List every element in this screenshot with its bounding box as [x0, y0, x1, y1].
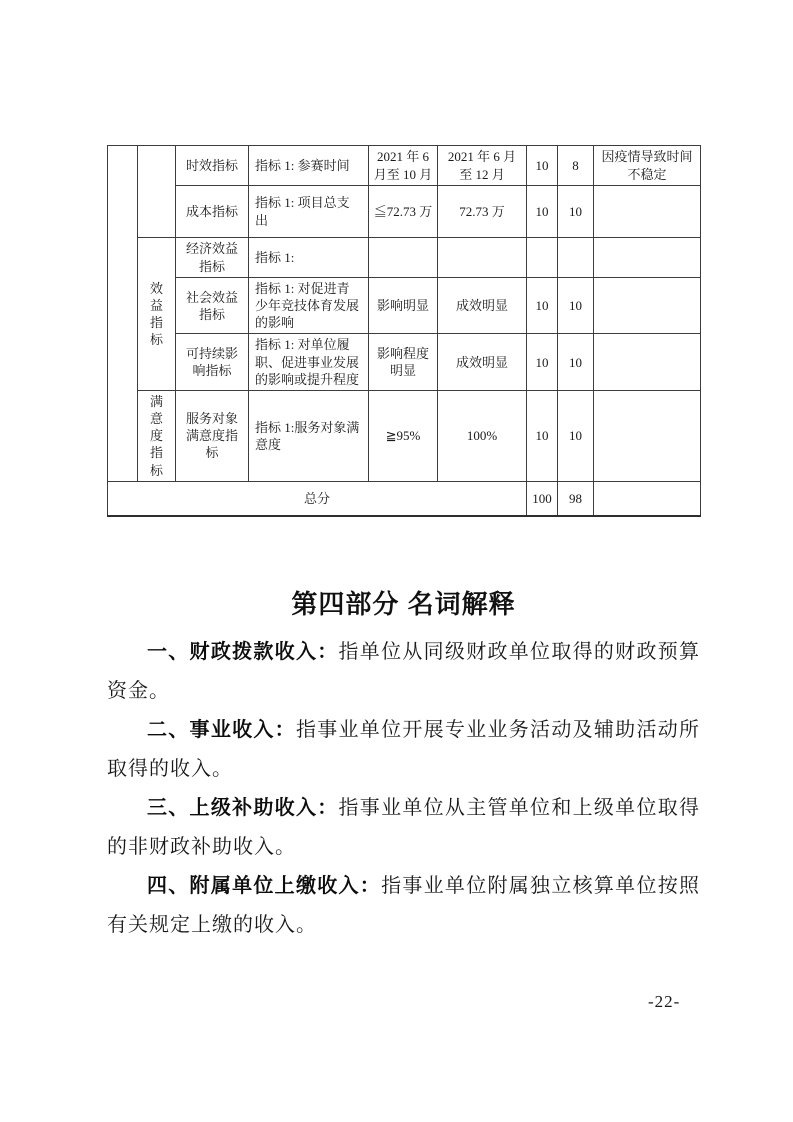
- note-cell: [594, 238, 701, 278]
- score-cell: 10: [527, 390, 558, 481]
- note-cell: [594, 278, 701, 334]
- group-spacer-cell: [138, 146, 176, 238]
- target-value-cell: [369, 238, 438, 278]
- term-label: 二、事业收入：: [147, 719, 296, 741]
- page-number: -22-: [648, 992, 680, 1012]
- total-note-cell: [594, 481, 701, 516]
- total-label-cell: 总分: [108, 481, 527, 516]
- glossary-paragraph: 三、上级补助收入：指事业单位从主管单位和上级单位取得的非财政补助收入。: [107, 789, 700, 867]
- target-value-cell: 2021 年 6 月至 10 月: [369, 146, 438, 186]
- actual-value-cell: 成效明显: [438, 334, 527, 390]
- target-value-cell: ≦72.73 万: [369, 186, 438, 238]
- indicator-cell: 指标 1: 项目总支出: [249, 186, 369, 238]
- table-row: 成本指标 指标 1: 项目总支出 ≦72.73 万 72.73 万 10 10: [108, 186, 701, 238]
- category-cell: 成本指标: [176, 186, 249, 238]
- target-value-cell: 影响程度明显: [369, 334, 438, 390]
- table-row: 满意度指标 服务对象满意度指标 指标 1:服务对象满意度 ≧95% 100% 1…: [108, 390, 701, 481]
- category-cell: 服务对象满意度指标: [176, 390, 249, 481]
- section-title: 第四部分 名词解释: [107, 588, 700, 620]
- indicator-cell: 指标 1: 参赛时间: [249, 146, 369, 186]
- total-row: 总分 100 98: [108, 481, 701, 516]
- glossary-paragraph: 一、财政拨款收入：指单位从同级财政单位取得的财政预算资金。: [107, 633, 700, 711]
- term-label: 三、上级补助收入：: [147, 797, 339, 819]
- actual-value-cell: 成效明显: [438, 278, 527, 334]
- score-cell: 10: [527, 334, 558, 390]
- term-label: 一、财政拨款收入：: [147, 641, 339, 663]
- category-cell: 社会效益指标: [176, 278, 249, 334]
- term-label: 四、附属单位上缴收入：: [147, 875, 381, 897]
- total-score-cell: 100: [527, 481, 558, 516]
- note-cell: [594, 186, 701, 238]
- glossary-paragraph: 四、附属单位上缴收入：指事业单位附属独立核算单位按照有关规定上缴的收入。: [107, 867, 700, 945]
- document-page: 时效指标 指标 1: 参赛时间 2021 年 6 月至 10 月 2021 年 …: [0, 0, 793, 1122]
- actual-score-cell: 10: [558, 390, 594, 481]
- actual-value-cell: 72.73 万: [438, 186, 527, 238]
- table-row: 可持续影响指标 指标 1: 对单位履职、促进事业发展的影响或提升程度 影响程度明…: [108, 334, 701, 390]
- table-row: 时效指标 指标 1: 参赛时间 2021 年 6 月至 10 月 2021 年 …: [108, 146, 701, 186]
- score-cell: 10: [527, 146, 558, 186]
- actual-score-cell: 8: [558, 146, 594, 186]
- glossary-paragraph: 二、事业收入：指事业单位开展专业业务活动及辅助活动所取得的收入。: [107, 711, 700, 789]
- actual-value-cell: 2021 年 6 月至 12 月: [438, 146, 527, 186]
- target-value-cell: ≧95%: [369, 390, 438, 481]
- table-row: 效益指标 经济效益指标 指标 1:: [108, 238, 701, 278]
- note-cell: [594, 334, 701, 390]
- total-actual-score-cell: 98: [558, 481, 594, 516]
- category-cell: 可持续影响指标: [176, 334, 249, 390]
- note-cell: [594, 390, 701, 481]
- satisfaction-group-cell: 满意度指标: [138, 390, 176, 481]
- indicator-cell: 指标 1: 对单位履职、促进事业发展的影响或提升程度: [249, 334, 369, 390]
- target-value-cell: 影响明显: [369, 278, 438, 334]
- left-spacer-cell: [108, 146, 138, 482]
- score-cell: 10: [527, 186, 558, 238]
- actual-score-cell: 10: [558, 278, 594, 334]
- glossary-section: 一、财政拨款收入：指单位从同级财政单位取得的财政预算资金。 二、事业收入：指事业…: [107, 633, 700, 945]
- indicator-cell: 指标 1:: [249, 238, 369, 278]
- actual-score-cell: 10: [558, 334, 594, 390]
- actual-score-cell: [558, 238, 594, 278]
- score-cell: [527, 238, 558, 278]
- actual-value-cell: [438, 238, 527, 278]
- performance-indicator-table: 时效指标 指标 1: 参赛时间 2021 年 6 月至 10 月 2021 年 …: [107, 145, 701, 517]
- score-cell: 10: [527, 278, 558, 334]
- indicator-cell: 指标 1:服务对象满意度: [249, 390, 369, 481]
- benefit-group-cell: 效益指标: [138, 238, 176, 391]
- actual-score-cell: 10: [558, 186, 594, 238]
- actual-value-cell: 100%: [438, 390, 527, 481]
- note-cell: 因疫情导致时间不稳定: [594, 146, 701, 186]
- indicator-cell: 指标 1: 对促进青少年竞技体育发展的影响: [249, 278, 369, 334]
- table-row: 社会效益指标 指标 1: 对促进青少年竞技体育发展的影响 影响明显 成效明显 1…: [108, 278, 701, 334]
- category-cell: 时效指标: [176, 146, 249, 186]
- category-cell: 经济效益指标: [176, 238, 249, 278]
